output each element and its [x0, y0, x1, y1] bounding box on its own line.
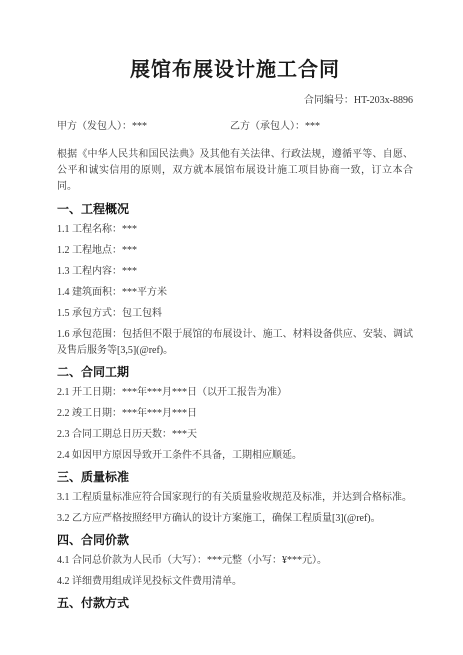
contract-clause: 2.3 合同工期总日历天数：***天	[57, 427, 413, 443]
contract-clause: 1.6 承包范围：包括但不限于展馆的布展设计、施工、材料设备供应、安装、调试及售…	[57, 327, 413, 359]
section-heading: 一、工程概况	[57, 201, 413, 217]
contract-clause: 2.2 竣工日期：***年***月***日	[57, 406, 413, 422]
contract-clause: 3.1 工程质量标准应符合国家现行的有关质量验收规范及标准，并达到合格标准。	[57, 490, 413, 506]
contract-clause: 4.2 详细费用组成详见投标文件费用清单。	[57, 574, 413, 590]
party-b-field: 乙方（承包人）：***	[230, 120, 413, 134]
section-heading: 五、付款方式	[57, 595, 413, 611]
document-title: 展馆布展设计施工合同	[57, 56, 413, 82]
section-heading: 四、合同价款	[57, 532, 413, 548]
contract-number-value: HT-203x-8896	[354, 95, 413, 106]
contract-clause: 1.3 工程内容：***	[57, 264, 413, 280]
party-a-field: 甲方（发包人）：***	[57, 120, 230, 134]
contract-number-line: 合同编号：HT-203x-8896	[57, 94, 413, 108]
section-quality-standard: 三、质量标准 3.1 工程质量标准应符合国家现行的有关质量验收规范及标准，并达到…	[57, 469, 413, 527]
contract-number-label: 合同编号：	[304, 95, 354, 106]
contract-clause: 1.2 工程地点：***	[57, 243, 413, 259]
section-payment-method: 五、付款方式	[57, 595, 413, 611]
section-contract-duration: 二、合同工期 2.1 开工日期：***年***月***日（以开工报告为准） 2.…	[57, 364, 413, 464]
section-heading: 二、合同工期	[57, 364, 413, 380]
parties-row: 甲方（发包人）：*** 乙方（承包人）：***	[57, 120, 413, 134]
contract-clause: 3.2 乙方应严格按照经甲方确认的设计方案施工，确保工程质量[3](@ref)。	[57, 511, 413, 527]
section-contract-price: 四、合同价款 4.1 合同总价款为人民币（大写）：***元整（小写：¥***元）…	[57, 532, 413, 590]
intro-paragraph: 根据《中华人民共和国民法典》及其他有关法律、行政法规，遵循平等、自愿、公平和诚实…	[57, 147, 413, 195]
contract-clause: 1.5 承包方式：包工包料	[57, 306, 413, 322]
contract-clause: 2.4 如因甲方原因导致开工条件不具备，工期相应顺延。	[57, 448, 413, 464]
contract-clause: 1.4 建筑面积：***平方米	[57, 285, 413, 301]
section-heading: 三、质量标准	[57, 469, 413, 485]
document-page: 展馆布展设计施工合同 合同编号：HT-203x-8896 甲方（发包人）：***…	[0, 0, 463, 655]
contract-clause: 2.1 开工日期：***年***月***日（以开工报告为准）	[57, 385, 413, 401]
section-project-overview: 一、工程概况 1.1 工程名称：*** 1.2 工程地点：*** 1.3 工程内…	[57, 201, 413, 359]
contract-clause: 1.1 工程名称：***	[57, 222, 413, 238]
contract-clause: 4.1 合同总价款为人民币（大写）：***元整（小写：¥***元）。	[57, 553, 413, 569]
